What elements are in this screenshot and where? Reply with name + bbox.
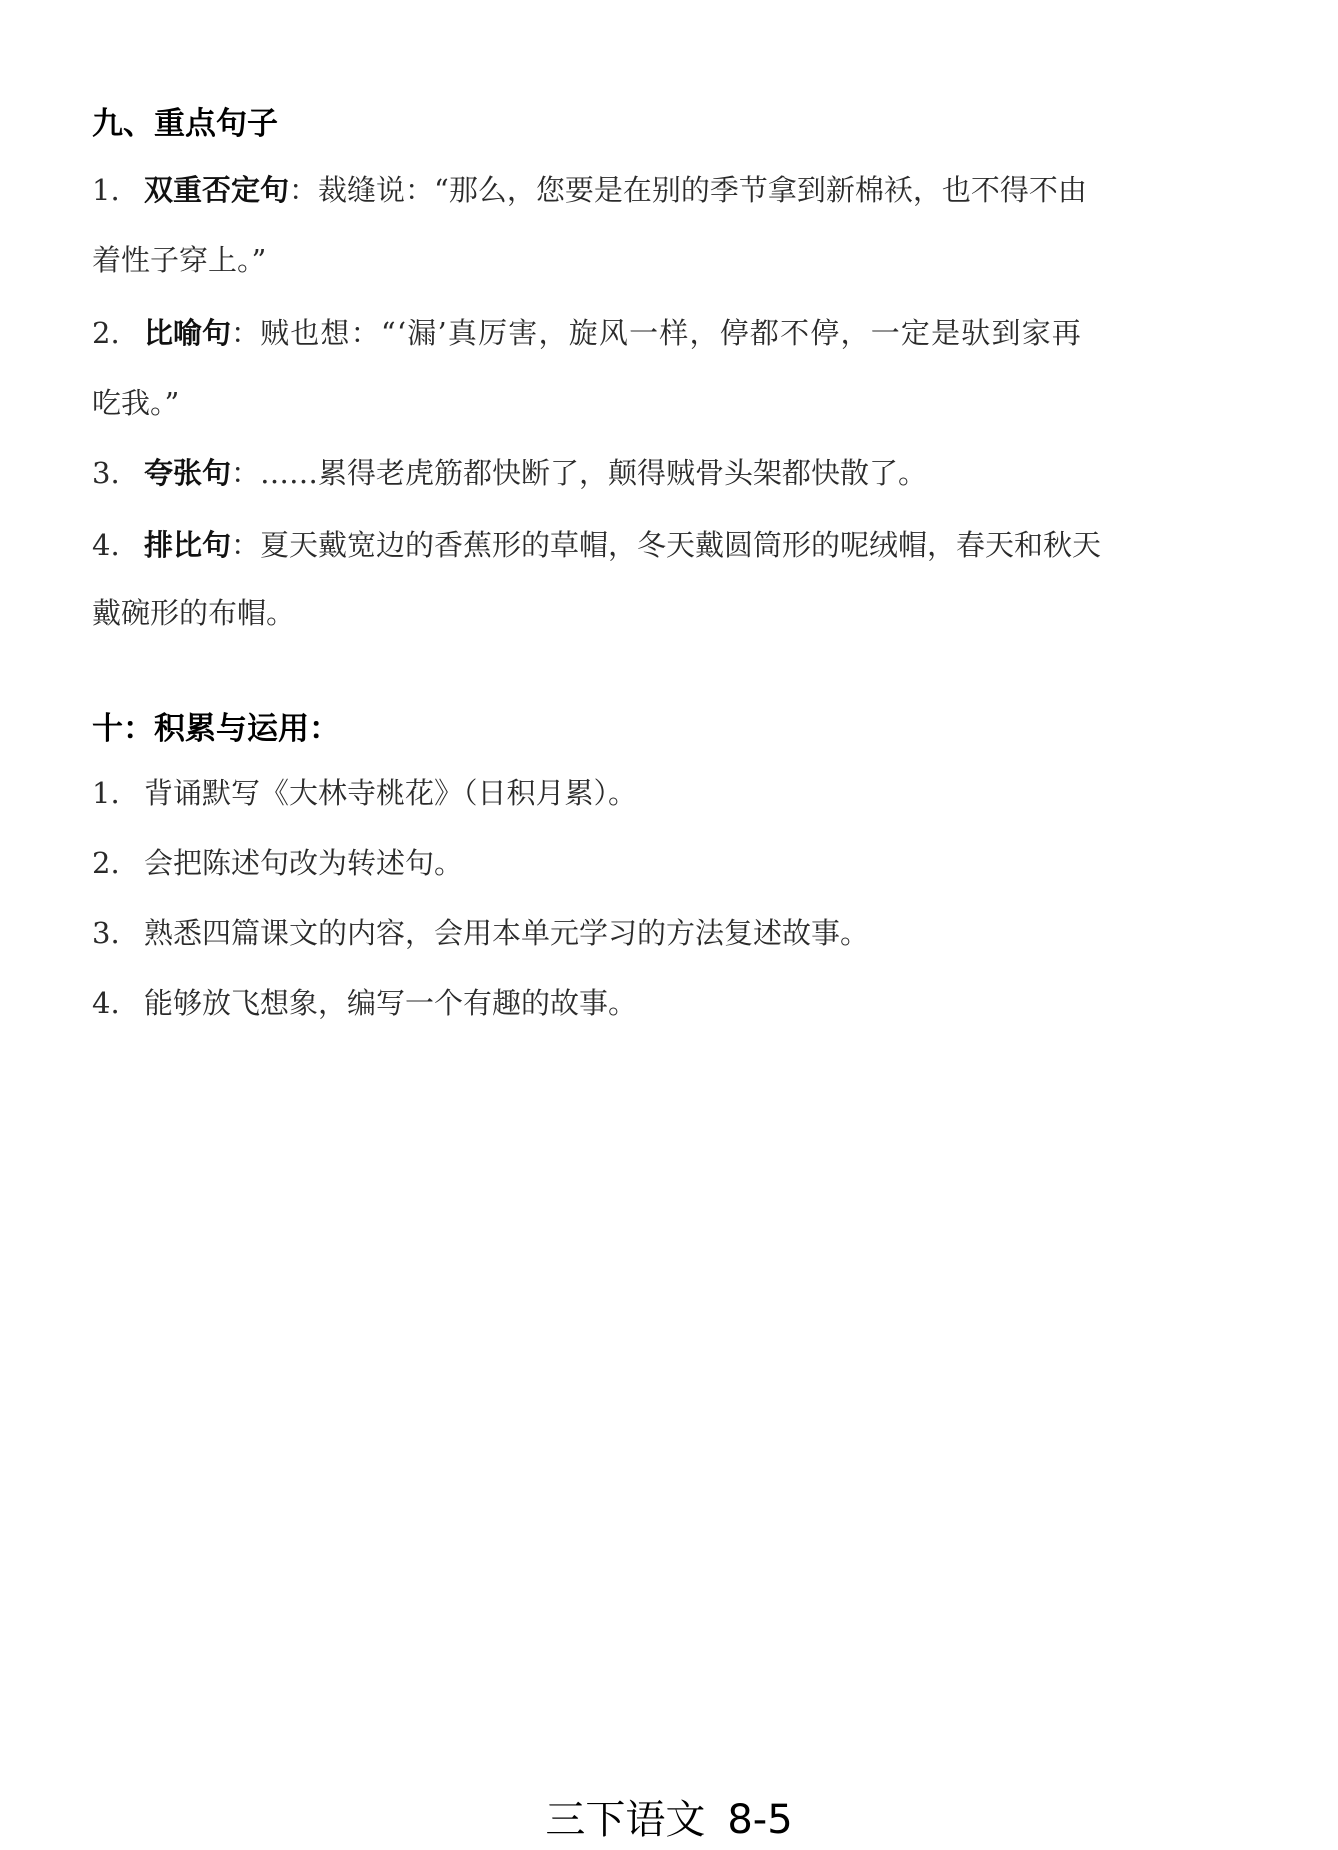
page-footer: 三下语文8-5 — [0, 1788, 1338, 1845]
item-number: 2. — [92, 845, 144, 881]
sentence-type-label: 排比句 — [144, 528, 231, 562]
item-number: 3. — [92, 455, 144, 491]
practice-text: 能够放飞想象，编写一个有趣的故事。 — [144, 986, 637, 1020]
sentence-type-label: 比喻句 — [144, 316, 231, 350]
sentence-type-label: 夸张句 — [144, 456, 231, 490]
section-10-heading: 十：积累与运用： — [92, 703, 340, 748]
item-number: 1. — [92, 775, 144, 811]
item-number: 4. — [92, 985, 144, 1021]
practice-item-1: 1.背诵默写《大林寺桃花》（日积月累）。 — [92, 775, 1247, 811]
sentence-item-2-continued: 吃我。” — [92, 385, 1247, 421]
item-number: 4. — [92, 527, 144, 563]
practice-item-3: 3.熟悉四篇课文的内容，会用本单元学习的方法复述故事。 — [92, 915, 1247, 951]
sentence-item-2: 2.比喻句：贼也想：“‘漏’真厉害，旋风一样，停都不停，一定是驮到家再 — [92, 315, 1247, 351]
sentence-item-1-continued: 着性子穿上。” — [92, 242, 1247, 278]
item-number: 3. — [92, 915, 144, 951]
sentence-item-1: 1.双重否定句：裁缝说：“那么，您要是在别的季节拿到新棉袄，也不得不由 — [92, 172, 1247, 208]
sentence-text: 贼也想：“‘漏’真厉害，旋风一样，停都不停，一定是驮到家再 — [260, 316, 1082, 350]
sentence-text: 裁缝说：“那么，您要是在别的季节拿到新棉袄，也不得不由 — [318, 173, 1087, 207]
colon: ： — [231, 456, 260, 490]
colon: ： — [289, 173, 318, 207]
sentence-item-3: 3.夸张句：……累得老虎筋都快断了，颠得贼骨头架都快散了。 — [92, 455, 1247, 491]
section-9-heading: 九、重点句子 — [92, 98, 278, 143]
item-number: 1. — [92, 172, 144, 208]
footer-page-code: 8-5 — [727, 1797, 792, 1843]
item-number: 2. — [92, 315, 144, 351]
practice-item-2: 2.会把陈述句改为转述句。 — [92, 845, 1247, 881]
sentence-text: ……累得老虎筋都快断了，颠得贼骨头架都快散了。 — [260, 456, 927, 490]
sentence-item-4-continued: 戴碗形的布帽。 — [92, 595, 1247, 631]
sentence-item-4: 4.排比句：夏天戴宽边的香蕉形的草帽，冬天戴圆筒形的呢绒帽，春天和秋天 — [92, 527, 1247, 563]
sentence-type-label: 双重否定句 — [144, 173, 289, 207]
practice-text: 熟悉四篇课文的内容，会用本单元学习的方法复述故事。 — [144, 916, 869, 950]
colon: ： — [231, 528, 260, 562]
footer-subject: 三下语文 — [545, 1797, 705, 1843]
practice-text: 会把陈述句改为转述句。 — [144, 846, 463, 880]
sentence-text: 夏天戴宽边的香蕉形的草帽，冬天戴圆筒形的呢绒帽，春天和秋天 — [260, 528, 1101, 562]
practice-text: 背诵默写《大林寺桃花》（日积月累）。 — [144, 776, 637, 810]
practice-item-4: 4.能够放飞想象，编写一个有趣的故事。 — [92, 985, 1247, 1021]
colon: ： — [231, 316, 260, 350]
